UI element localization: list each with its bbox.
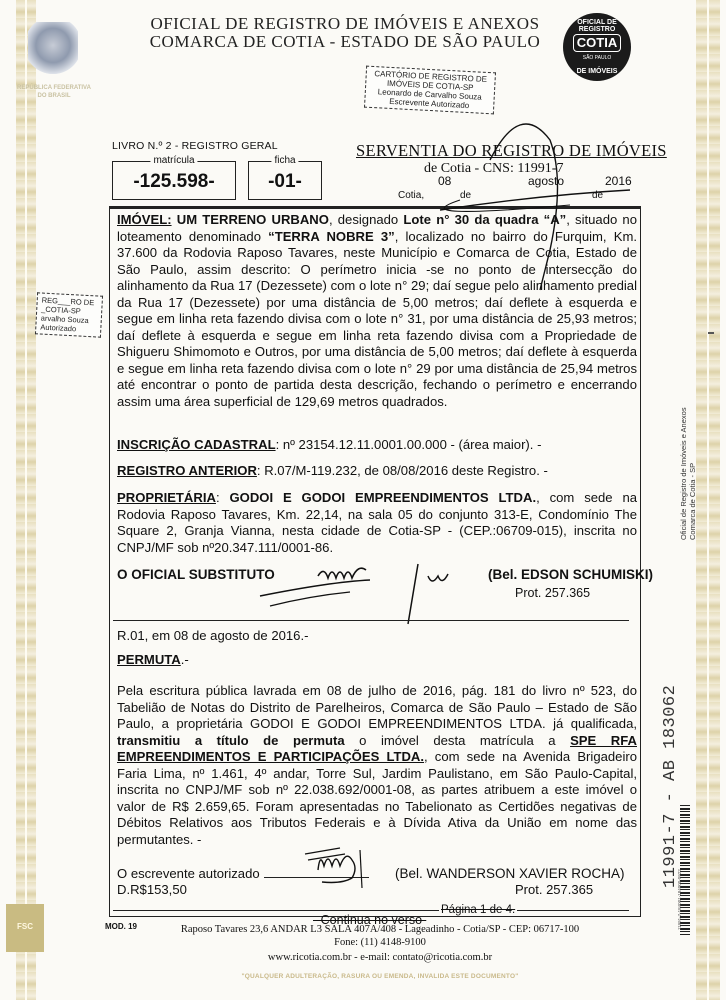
registro-anterior-paragraph: REGISTRO ANTERIOR: R.07/M-119.232, de 08… xyxy=(117,463,637,480)
ficha-label: ficha xyxy=(271,155,298,166)
inscricao-paragraph: INSCRIÇÃO CADASTRAL: nº 23154.12.11.0001… xyxy=(117,437,637,454)
text-fragment: , designado xyxy=(329,212,403,227)
date-month: agosto xyxy=(528,174,564,188)
text-fragment: Pela escritura pública lavrada em 08 de … xyxy=(117,683,637,731)
date-day: 08 xyxy=(438,174,451,188)
permuta-paragraph: Pela escritura pública lavrada em 08 de … xyxy=(117,683,637,848)
permuta-heading: PERMUTA.- xyxy=(117,652,637,669)
matricula-label: matrícula xyxy=(150,155,197,166)
inscricao-label: INSCRIÇÃO CADASTRAL xyxy=(117,437,276,452)
oficial-label: O OFICIAL SUBSTITUTO xyxy=(117,567,275,582)
serventia-title: SERVENTIA DO REGISTRO DE IMÓVEIS xyxy=(356,141,667,161)
barcode-text: 11991-7-184001-184000-0922 xyxy=(677,869,682,930)
escrevente-name: (Bel. WANDERSON XAVIER ROCHA) xyxy=(395,866,625,883)
escrevente-label: O escrevente autorizado xyxy=(117,866,260,881)
margin-mark xyxy=(708,332,714,334)
oficial-signature-line: O OFICIAL SUBSTITUTO (Bel. EDSON SCHUMIS… xyxy=(117,567,637,584)
decorative-border-right xyxy=(696,0,720,1000)
footer-address: Raposo Tavares 23,6 ANDAR L3 SALA 407A/4… xyxy=(100,923,660,936)
proprietaria-label: PROPRIETÁRIA xyxy=(117,490,216,505)
fsc-label: FSC xyxy=(17,922,33,931)
permuta-label: PERMUTA xyxy=(117,652,181,667)
seal-ring-top: OFICIAL DE REGISTRO xyxy=(563,19,631,33)
text-fragment: , localizado no bairro do Furquim, Km. 3… xyxy=(117,229,637,409)
section-divider xyxy=(113,620,629,621)
brasil-emblem-label: REPÚBLICA FEDERATIVA DO BRASIL xyxy=(14,84,94,100)
signature-line xyxy=(264,877,369,878)
footer-web[interactable]: www.ricotia.com.br - e-mail: contato@ric… xyxy=(100,951,660,964)
matricula-box: matrícula -125.598- xyxy=(112,161,236,200)
notary-stamp-top: CARTÓRIO DE REGISTRO DE IMÓVEIS DE COTIA… xyxy=(364,66,496,115)
fsc-logo-icon: FSC xyxy=(6,904,44,952)
inscricao-value: : nº 23154.12.11.0001.00.000 - (área mai… xyxy=(276,437,542,452)
imovel-type: UM TERRENO URBANO xyxy=(177,212,329,227)
side-strip-line2: Comarca de Cotia - SP xyxy=(688,407,697,540)
date-de: de xyxy=(460,190,471,201)
side-strip-line1: Oficial de Registro de Imóveis e Anexos xyxy=(679,407,688,540)
decorative-border-left xyxy=(16,0,36,1000)
protocol-number: Prot. 257.365 xyxy=(515,882,593,897)
livro-label: LIVRO N.º 2 - REGISTRO GERAL xyxy=(112,140,278,152)
escrevente-signature-line: O escrevente autorizado (Bel. WANDERSON … xyxy=(117,866,637,883)
page-number: Página 1 de 4. xyxy=(439,904,517,916)
oficial-name: (Bel. EDSON SCHUMISKI) xyxy=(488,567,653,584)
matricula-value: -125.598- xyxy=(113,162,235,201)
side-strip-oficial-text: Oficial de Registro de Imóveis e Anexos … xyxy=(679,407,697,540)
protocol-number: Prot. 257.365 xyxy=(515,586,590,600)
footer-warning: "QUALQUER ADULTERAÇÃO, RASURA OU EMENDA,… xyxy=(100,970,660,983)
section-divider xyxy=(113,910,629,911)
brasil-emblem-icon xyxy=(28,22,78,74)
header-title-line1: OFICIAL DE REGISTRO DE IMÓVEIS E ANEXOS xyxy=(120,15,570,33)
seal-center: COTIA xyxy=(573,34,621,52)
r01-entry-header: R.01, em 08 de agosto de 2016.- xyxy=(117,628,637,645)
ficha-value: -01- xyxy=(249,162,321,201)
seal-sub: SÃO PAULO xyxy=(563,55,631,61)
text-fragment: o imóvel desta matrícula a xyxy=(345,733,570,748)
header-title-line2: COMARCA DE COTIA - ESTADO DE SÃO PAULO xyxy=(120,33,570,51)
footer-phone: Fone: (11) 4148-9100 xyxy=(100,936,660,949)
loteamento-name: “TERRA NOBRE 3” xyxy=(268,229,395,244)
text-fragment: .- xyxy=(181,652,189,667)
lote-quadra: Lote n° 30 da quadra “A” xyxy=(403,212,566,227)
text-fragment: : xyxy=(216,490,230,505)
date-city: Cotia, xyxy=(398,190,424,201)
imovel-paragraph: IMÓVEL: UM TERRENO URBANO, designado Lot… xyxy=(117,212,637,410)
ficha-box: ficha -01- xyxy=(248,161,322,200)
date-de: de xyxy=(592,190,603,201)
proprietaria-paragraph: PROPRIETÁRIA: GODOI E GODOI EMPREENDIMEN… xyxy=(117,490,637,556)
imovel-label: IMÓVEL: xyxy=(117,212,172,227)
notary-stamp-left: REG___RO DE _COTIA-SP arvalho Souza Auto… xyxy=(35,292,103,337)
security-serial-number: 11991-7 - AB 183062 xyxy=(661,685,680,888)
document-header-title: OFICIAL DE REGISTRO DE IMÓVEIS E ANEXOS … xyxy=(120,15,570,51)
cotia-registry-seal-icon: OFICIAL DE REGISTRO COTIA SÃO PAULO DE I… xyxy=(563,13,631,81)
registro-anterior-label: REGISTRO ANTERIOR xyxy=(117,463,257,478)
registro-anterior-value: : R.07/M-119.232, de 08/08/2016 deste Re… xyxy=(257,463,548,478)
transmission-type: transmitiu a título de permuta xyxy=(117,733,345,748)
proprietaria-name: GODOI E GODOI EMPREENDIMENTOS LTDA. xyxy=(229,490,536,505)
seal-ring-bottom: DE IMÓVEIS xyxy=(563,68,631,75)
date-year: 2016 xyxy=(605,174,632,188)
